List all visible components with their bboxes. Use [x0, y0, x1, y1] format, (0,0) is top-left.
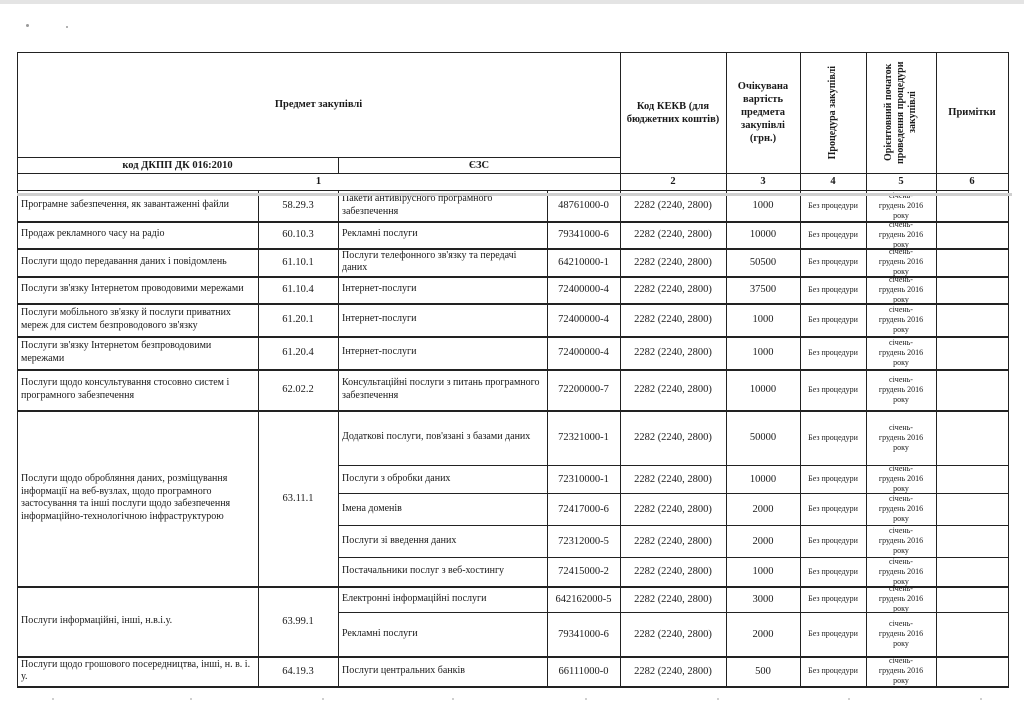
ezs-name: Електронні інформаційні послуги: [338, 586, 547, 612]
kekv-code: 2282 (2240, 2800): [620, 303, 726, 336]
start-period: січень-грудень 2016 року: [866, 612, 936, 656]
table-border: [17, 173, 1009, 174]
expected-value: 2000: [726, 525, 800, 557]
expected-value: 10000: [726, 221, 800, 248]
procurement-subject: Продаж рекламного часу на радіо: [17, 221, 258, 248]
scan-speck: [848, 698, 850, 700]
expected-value-text: 500: [755, 665, 771, 678]
table-border: [17, 52, 1009, 53]
start-period: січень-грудень 2016 року: [866, 248, 936, 276]
notes: [936, 221, 1008, 248]
dkpp-code-text: 61.10.1: [282, 256, 314, 269]
procedure-type-text: Без процедури: [808, 629, 858, 639]
dkpp-code: 61.20.4: [258, 336, 338, 369]
ezs-name: Консультаційні послуги з питань програмн…: [338, 369, 547, 410]
kekv-code: 2282 (2240, 2800): [620, 336, 726, 369]
scan-speck: [717, 698, 719, 700]
ezs-name-text: Рекламні послуги: [342, 628, 418, 641]
start-period: січень-грудень 2016 року: [866, 586, 936, 612]
procedure-type: Без процедури: [800, 656, 866, 686]
ezs-code: 72417000-6: [547, 493, 620, 525]
start-period: січень-грудень 2016 року: [866, 465, 936, 493]
start-period-text: січень-грудень 2016 року: [876, 656, 926, 686]
kekv-code-text: 2282 (2240, 2800): [634, 199, 712, 212]
table-border: [338, 157, 339, 173]
start-period: січень-грудень 2016 року: [866, 369, 936, 410]
start-period-text: січень-грудень 2016 року: [876, 338, 926, 368]
procedure-type: Без процедури: [800, 612, 866, 656]
table-border: [800, 190, 801, 686]
col-number-6-text: 6: [969, 175, 974, 188]
table-border: [1008, 52, 1009, 190]
ezs-name-text: Послуги зі введення даних: [342, 535, 456, 548]
ezs-name-text: Рекламні послуги: [342, 228, 418, 241]
start-period: січень-грудень 2016 року: [866, 410, 936, 465]
expected-value: 10000: [726, 465, 800, 493]
dkpp-code: 61.10.4: [258, 276, 338, 303]
ezs-code-text: 72415000-2: [558, 565, 609, 578]
kekv-code: 2282 (2240, 2800): [620, 586, 726, 612]
ezs-name-text: Послуги з обробки даних: [342, 473, 450, 486]
procurement-subject: Послуги щодо грошового посередництва, ін…: [17, 656, 258, 686]
col-number-3-text: 3: [760, 175, 765, 188]
kekv-code-text: 2282 (2240, 2800): [634, 503, 712, 516]
scan-speck: [52, 698, 54, 700]
expected-value-text: 1000: [753, 199, 774, 212]
col-number-5: 5: [866, 173, 936, 190]
header-start-date: Орієнтовний початок проведення процедури…: [866, 52, 936, 173]
start-period-text: січень-грудень 2016 року: [876, 557, 926, 587]
procedure-type-text: Без процедури: [808, 504, 858, 514]
procedure-type-text: Без процедури: [808, 385, 858, 395]
scan-speck: [980, 698, 982, 700]
ezs-code: 72310000-1: [547, 465, 620, 493]
ezs-code: 642162000-5: [547, 586, 620, 612]
ezs-name-text: Електронні інформаційні послуги: [342, 593, 487, 606]
notes: [936, 586, 1008, 612]
expected-value-text: 1000: [753, 346, 774, 359]
ezs-code-text: 72200000-7: [558, 383, 609, 396]
expected-value-text: 37500: [750, 283, 776, 296]
kekv-code: 2282 (2240, 2800): [620, 276, 726, 303]
ezs-name-text: Послуги центральних банків: [342, 665, 465, 678]
col-number-4: 4: [800, 173, 866, 190]
procedure-type: Без процедури: [800, 336, 866, 369]
col-number-2-text: 2: [670, 175, 675, 188]
ezs-code-text: 72312000-5: [558, 535, 609, 548]
table-border: [338, 557, 1009, 558]
start-period: січень-грудень 2016 року: [866, 493, 936, 525]
procedure-type-text: Без процедури: [808, 348, 858, 358]
start-period-text: січень-грудень 2016 року: [876, 275, 926, 305]
ezs-code: 79341000-6: [547, 221, 620, 248]
kekv-code: 2282 (2240, 2800): [620, 557, 726, 586]
ezs-code-text: 48761000-0: [558, 199, 609, 212]
dkpp-code: 61.10.1: [258, 248, 338, 276]
ezs-name: Додаткові послуги, пов'язані з базами да…: [338, 410, 547, 465]
header-kekv-text: Код КЕКВ (для бюджетних коштів): [626, 100, 720, 126]
col-number-4-text: 4: [830, 175, 835, 188]
ezs-code-text: 72310000-1: [558, 473, 609, 486]
ezs-code: 72400000-4: [547, 276, 620, 303]
table-border: [800, 52, 801, 190]
ezs-code: 64210000-1: [547, 248, 620, 276]
notes: [936, 656, 1008, 686]
expected-value-text: 2000: [753, 535, 774, 548]
procedure-type: Без процедури: [800, 276, 866, 303]
table-border: [338, 525, 1009, 526]
ezs-name-text: Консультаційні послуги з питань програмн…: [342, 377, 544, 402]
kekv-code-text: 2282 (2240, 2800): [634, 313, 712, 326]
header-dkpp-code-text: код ДКПП ДК 016:2010: [122, 159, 232, 172]
procedure-type-text: Без процедури: [808, 666, 858, 676]
table-border: [17, 157, 620, 158]
dkpp-code: 64.19.3: [258, 656, 338, 686]
expected-value: 1000: [726, 557, 800, 586]
ezs-code: 72200000-7: [547, 369, 620, 410]
expected-value: 50500: [726, 248, 800, 276]
notes: [936, 525, 1008, 557]
scan-speck: [66, 26, 68, 28]
table-border: [338, 465, 1009, 466]
scan-top-edge: [0, 0, 1024, 4]
ezs-code: 79341000-6: [547, 612, 620, 656]
procedure-type: Без процедури: [800, 369, 866, 410]
start-period-text: січень-грудень 2016 року: [876, 584, 926, 614]
col-number-2: 2: [620, 173, 726, 190]
header-expected-value-text: Очікувана вартість предмета закупівлі (г…: [734, 80, 792, 145]
procurement-subject: Послуги щодо передавання даних і повідом…: [17, 248, 258, 276]
ezs-code: 66111000-0: [547, 656, 620, 686]
ezs-code: 72321000-1: [547, 410, 620, 465]
kekv-code-text: 2282 (2240, 2800): [634, 665, 712, 678]
scan-speck: [26, 24, 29, 27]
table-border: [258, 190, 259, 686]
table-border: [1008, 190, 1009, 686]
notes: [936, 410, 1008, 465]
dkpp-code-text: 61.20.4: [282, 346, 314, 359]
procedure-type: Без процедури: [800, 303, 866, 336]
procedure-type-text: Без процедури: [808, 433, 858, 443]
table-border: [17, 190, 18, 686]
expected-value-text: 1000: [753, 313, 774, 326]
notes: [936, 557, 1008, 586]
start-period: січень-грудень 2016 року: [866, 525, 936, 557]
ezs-code-text: 72400000-4: [558, 346, 609, 359]
procedure-type-text: Без процедури: [808, 315, 858, 325]
table-border: [338, 612, 1009, 613]
scan-speck: [585, 698, 587, 700]
kekv-code-text: 2282 (2240, 2800): [634, 346, 712, 359]
header-procedure: Процедура закупівлі: [800, 52, 866, 173]
kekv-code: 2282 (2240, 2800): [620, 410, 726, 465]
table-border: [866, 52, 867, 190]
expected-value-text: 50000: [750, 431, 776, 444]
header-notes: Примітки: [936, 52, 1008, 173]
notes: [936, 303, 1008, 336]
dkpp-code: 63.11.1: [258, 410, 338, 586]
expected-value-text: 2000: [753, 628, 774, 641]
ezs-name-text: Інтернет-послуги: [342, 283, 416, 296]
table-border: [17, 686, 1009, 688]
expected-value: 37500: [726, 276, 800, 303]
procurement-subject: Послуги інформаційні, інші, н.в.і.у.: [17, 586, 258, 656]
kekv-code-text: 2282 (2240, 2800): [634, 283, 712, 296]
dkpp-code-text: 61.20.1: [282, 313, 314, 326]
start-period-text: січень-грудень 2016 року: [876, 305, 926, 335]
procurement-subject: Послуги зв'язку Інтернетом безпроводовим…: [17, 336, 258, 369]
ezs-name: Послуги телефонного зв'язку та передачі …: [338, 248, 547, 276]
header-start-date-text: Орієнтовний початок проведення процедури…: [883, 58, 919, 167]
kekv-code: 2282 (2240, 2800): [620, 248, 726, 276]
dkpp-code-text: 58.29.3: [282, 199, 314, 212]
kekv-code-text: 2282 (2240, 2800): [634, 593, 712, 606]
ezs-name: Послуги зі введення даних: [338, 525, 547, 557]
start-period: січень-грудень 2016 року: [866, 221, 936, 248]
start-period-text: січень-грудень 2016 року: [876, 494, 926, 524]
ezs-code: 72415000-2: [547, 557, 620, 586]
ezs-code-text: 64210000-1: [558, 256, 609, 269]
table-border: [726, 52, 727, 190]
table-border: [547, 190, 548, 686]
ezs-code: 72400000-4: [547, 303, 620, 336]
notes: [936, 248, 1008, 276]
procedure-type-text: Без процедури: [808, 567, 858, 577]
table-border: [936, 190, 937, 686]
ezs-code-text: 66111000-0: [559, 665, 609, 678]
table-border: [866, 190, 867, 686]
kekv-code: 2282 (2240, 2800): [620, 525, 726, 557]
ezs-code: 72400000-4: [547, 336, 620, 369]
expected-value-text: 50500: [750, 256, 776, 269]
expected-value: 1000: [726, 303, 800, 336]
header-notes-text: Примітки: [948, 106, 995, 119]
start-period-text: січень-грудень 2016 року: [876, 247, 926, 277]
dkpp-code: 60.10.3: [258, 221, 338, 248]
header-procedure-text: Процедура закупівлі: [827, 66, 839, 159]
procedure-type-text: Без процедури: [808, 257, 858, 267]
kekv-code: 2282 (2240, 2800): [620, 221, 726, 248]
col-number-3: 3: [726, 173, 800, 190]
table-border: [338, 190, 339, 686]
procedure-type-text: Без процедури: [808, 285, 858, 295]
ezs-name-text: Імена доменів: [342, 503, 402, 516]
ezs-name-text: Додаткові послуги, пов'язані з базами да…: [342, 431, 530, 444]
kekv-code-text: 2282 (2240, 2800): [634, 535, 712, 548]
dkpp-code-text: 60.10.3: [282, 228, 314, 241]
table-border: [620, 190, 621, 686]
start-period: січень-грудень 2016 року: [866, 336, 936, 369]
procedure-type-text: Без процедури: [808, 201, 858, 211]
start-period-text: січень-грудень 2016 року: [876, 464, 926, 494]
ezs-name-text: Інтернет-послуги: [342, 313, 416, 326]
expected-value: 2000: [726, 612, 800, 656]
ezs-code: 72312000-5: [547, 525, 620, 557]
notes: [936, 276, 1008, 303]
kekv-code-text: 2282 (2240, 2800): [634, 383, 712, 396]
procedure-type: Без процедури: [800, 248, 866, 276]
expected-value: 2000: [726, 493, 800, 525]
start-period-text: січень-грудень 2016 року: [876, 375, 926, 405]
kekv-code: 2282 (2240, 2800): [620, 369, 726, 410]
col-number-6: 6: [936, 173, 1008, 190]
dkpp-code: 61.20.1: [258, 303, 338, 336]
notes: [936, 369, 1008, 410]
ezs-name: Інтернет-послуги: [338, 336, 547, 369]
table-border: [620, 52, 621, 190]
table-border: [726, 190, 727, 686]
procurement-subject-text: Послуги мобільного зв'язку й послуги при…: [21, 307, 255, 332]
ezs-code-text: 72400000-4: [558, 313, 609, 326]
procurement-subject-text: Послуги щодо консультування стосовно сис…: [21, 377, 255, 402]
notes: [936, 612, 1008, 656]
procurement-subject-text: Послуги зв'язку Інтернетом проводовими м…: [21, 283, 244, 296]
ezs-name-text: Пакети антивірусного програмного забезпе…: [342, 193, 544, 218]
scan-seam: [17, 193, 1012, 196]
header-ezs-text: ЄЗС: [469, 159, 489, 172]
start-period: січень-грудень 2016 року: [866, 656, 936, 686]
kekv-code: 2282 (2240, 2800): [620, 656, 726, 686]
kekv-code: 2282 (2240, 2800): [620, 612, 726, 656]
procedure-type: Без процедури: [800, 221, 866, 248]
start-period: січень-грудень 2016 року: [866, 303, 936, 336]
start-period-text: січень-грудень 2016 року: [876, 423, 926, 453]
col-number-1-text: 1: [316, 175, 321, 188]
procurement-subject-text: Продаж рекламного часу на радіо: [21, 228, 165, 241]
expected-value-text: 10000: [750, 228, 776, 241]
start-period-text: січень-грудень 2016 року: [876, 526, 926, 556]
expected-value: 50000: [726, 410, 800, 465]
kekv-code-text: 2282 (2240, 2800): [634, 256, 712, 269]
header-kekv: Код КЕКВ (для бюджетних коштів): [620, 52, 726, 173]
scan-speck: [452, 698, 454, 700]
ezs-code-text: 79341000-6: [558, 228, 609, 241]
procurement-subject: Послуги зв'язку Інтернетом проводовими м…: [17, 276, 258, 303]
expected-value: 1000: [726, 336, 800, 369]
procedure-type: Без процедури: [800, 465, 866, 493]
ezs-name: Послуги з обробки даних: [338, 465, 547, 493]
notes: [936, 336, 1008, 369]
ezs-name: Рекламні послуги: [338, 221, 547, 248]
kekv-code-text: 2282 (2240, 2800): [634, 565, 712, 578]
notes: [936, 465, 1008, 493]
kekv-code-text: 2282 (2240, 2800): [634, 228, 712, 241]
header-ezs: ЄЗС: [338, 157, 620, 173]
kekv-code: 2282 (2240, 2800): [620, 493, 726, 525]
procurement-subject: Послуги щодо консультування стосовно сис…: [17, 369, 258, 410]
procedure-type: Без процедури: [800, 557, 866, 586]
expected-value: 500: [726, 656, 800, 686]
col-number-5-text: 5: [898, 175, 903, 188]
procurement-subject: Послуги мобільного зв'язку й послуги при…: [17, 303, 258, 336]
procurement-subject-text: Послуги зв'язку Інтернетом безпроводовим…: [21, 340, 255, 365]
kekv-code: 2282 (2240, 2800): [620, 465, 726, 493]
kekv-code-text: 2282 (2240, 2800): [634, 473, 712, 486]
start-period: січень-грудень 2016 року: [866, 557, 936, 586]
expected-value: 3000: [726, 586, 800, 612]
header-subject: Предмет закупівлі: [17, 52, 620, 157]
kekv-code-text: 2282 (2240, 2800): [634, 431, 712, 444]
ezs-code-text: 72417000-6: [558, 503, 609, 516]
expected-value-text: 10000: [750, 383, 776, 396]
ezs-name: Рекламні послуги: [338, 612, 547, 656]
ezs-code-text: 79341000-6: [558, 628, 609, 641]
header-expected-value: Очікувана вартість предмета закупівлі (г…: [726, 52, 800, 173]
procedure-type: Без процедури: [800, 410, 866, 465]
procurement-subject-text: Послуги щодо обробляння даних, розміщува…: [21, 473, 255, 523]
dkpp-code-text: 62.02.2: [282, 383, 314, 396]
scan-speck: [190, 698, 192, 700]
procedure-type: Без процедури: [800, 493, 866, 525]
ezs-name: Послуги центральних банків: [338, 656, 547, 686]
ezs-name: Постачальники послуг з веб-хостингу: [338, 557, 547, 586]
header-subject-text: Предмет закупівлі: [275, 98, 362, 111]
ezs-name-text: Інтернет-послуги: [342, 346, 416, 359]
procedure-type-text: Без процедури: [808, 536, 858, 546]
col-number-1: 1: [17, 173, 620, 190]
table-border: [17, 52, 18, 190]
dkpp-code-text: 61.10.4: [282, 283, 314, 296]
notes: [936, 493, 1008, 525]
procedure-type: Без процедури: [800, 586, 866, 612]
scan-speck: [322, 698, 324, 700]
dkpp-code: 63.99.1: [258, 586, 338, 656]
ezs-code-text: 72400000-4: [558, 283, 609, 296]
ezs-code-text: 72321000-1: [558, 431, 609, 444]
table-border: [936, 52, 937, 190]
table-border: [338, 493, 1009, 494]
start-period-text: січень-грудень 2016 року: [876, 619, 926, 649]
procurement-subject-text: Послуги інформаційні, інші, н.в.і.у.: [21, 615, 172, 628]
kekv-code-text: 2282 (2240, 2800): [634, 628, 712, 641]
procurement-subject: Послуги щодо обробляння даних, розміщува…: [17, 410, 258, 586]
ezs-name-text: Постачальники послуг з веб-хостингу: [342, 565, 504, 578]
expected-value: 10000: [726, 369, 800, 410]
start-period-text: січень-грудень 2016 року: [876, 220, 926, 250]
expected-value-text: 10000: [750, 473, 776, 486]
procedure-type-text: Без процедури: [808, 230, 858, 240]
dkpp-code-text: 63.99.1: [282, 615, 314, 628]
procurement-subject-text: Послуги щодо передавання даних і повідом…: [21, 256, 227, 269]
expected-value-text: 3000: [753, 593, 774, 606]
ezs-name: Інтернет-послуги: [338, 303, 547, 336]
procedure-type-text: Без процедури: [808, 474, 858, 484]
expected-value-text: 2000: [753, 503, 774, 516]
expected-value-text: 1000: [753, 565, 774, 578]
ezs-name-text: Послуги телефонного зв'язку та передачі …: [342, 250, 544, 275]
procedure-type: Без процедури: [800, 525, 866, 557]
ezs-name: Інтернет-послуги: [338, 276, 547, 303]
header-dkpp-code: код ДКПП ДК 016:2010: [17, 157, 338, 173]
ezs-code-text: 642162000-5: [556, 593, 612, 606]
procurement-subject-text: Послуги щодо грошового посередництва, ін…: [21, 659, 255, 684]
ezs-name: Імена доменів: [338, 493, 547, 525]
start-period: січень-грудень 2016 року: [866, 276, 936, 303]
procedure-type-text: Без процедури: [808, 594, 858, 604]
dkpp-code: 62.02.2: [258, 369, 338, 410]
procurement-subject-text: Програмне забезпечення, як завантаженні …: [21, 199, 229, 212]
dkpp-code-text: 64.19.3: [282, 665, 314, 678]
dkpp-code-text: 63.11.1: [282, 492, 313, 505]
